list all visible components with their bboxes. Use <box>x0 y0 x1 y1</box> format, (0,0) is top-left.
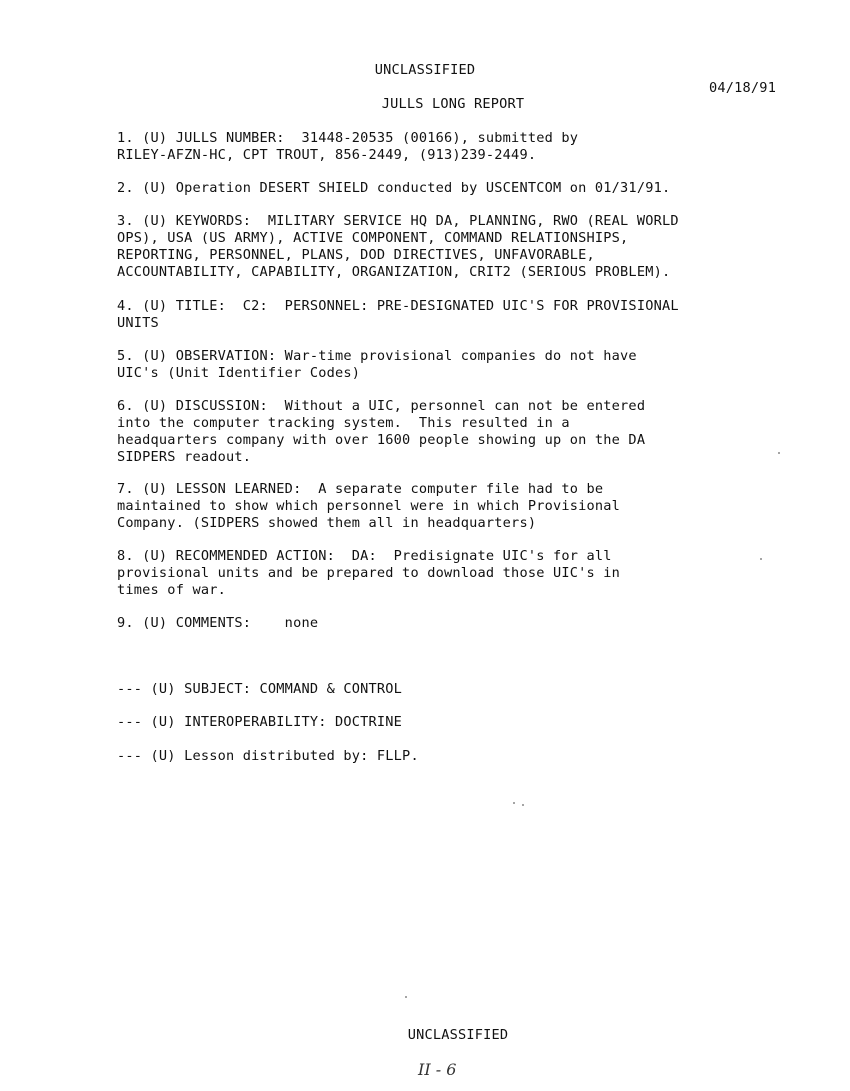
scan-speck <box>522 804 524 806</box>
scan-speck <box>513 802 515 804</box>
footnote-interoperability: --- (U) INTEROPERABILITY: DOCTRINE <box>117 714 402 731</box>
scan-speck <box>760 558 762 560</box>
footnote-distribution: --- (U) Lesson distributed by: FLLP. <box>117 748 419 765</box>
report-date: 04/18/91 <box>709 80 776 97</box>
scan-speck <box>405 996 407 998</box>
classification-header: UNCLASSIFIED <box>0 62 850 79</box>
handwritten-page-number: II - 6 <box>418 1060 456 1079</box>
classification-footer: UNCLASSIFIED <box>0 1027 850 1044</box>
report-title: JULLS LONG REPORT <box>0 96 850 113</box>
scan-speck <box>778 452 780 454</box>
footnote-subject: --- (U) SUBJECT: COMMAND & CONTROL <box>117 681 402 698</box>
